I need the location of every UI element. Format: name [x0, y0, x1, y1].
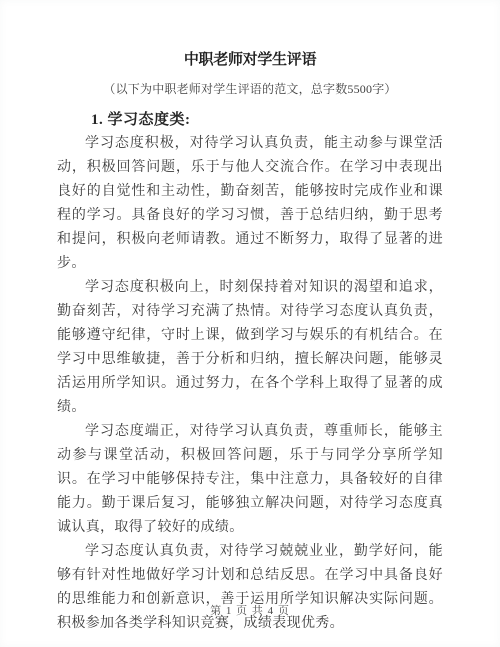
- paragraph-2: 学习态度积极向上，时刻保持着对知识的渴望和追求，勤奋刻苦，对待学习充满了热情。对…: [57, 276, 443, 420]
- page-subtitle: （以下为中职老师对学生评语的范文，总字数5500字）: [57, 81, 443, 98]
- paragraph-3: 学习态度端正，对待学习认真负责，尊重师长，能够主动参与课堂活动，积极回答问题，乐…: [57, 420, 443, 540]
- document-body: 学习态度积极，对待学习认真负责，能主动参与课堂活动，积极回答问题，乐于与他人交流…: [57, 132, 443, 636]
- paragraph-4: 学习态度认真负责，对待学习兢兢业业，勤学好问，能够有针对性地做好学习计划和总结反…: [57, 540, 443, 636]
- page-number-indicator: 第 1 页 共 4 页: [0, 602, 500, 618]
- section-heading: 1. 学习态度类:: [57, 110, 443, 130]
- paragraph-1: 学习态度积极，对待学习认真负责，能主动参与课堂活动，积极回答问题，乐于与他人交流…: [57, 132, 443, 276]
- document-page: 中职老师对学生评语 （以下为中职老师对学生评语的范文，总字数5500字） 1. …: [0, 0, 500, 647]
- page-title: 中职老师对学生评语: [57, 48, 443, 72]
